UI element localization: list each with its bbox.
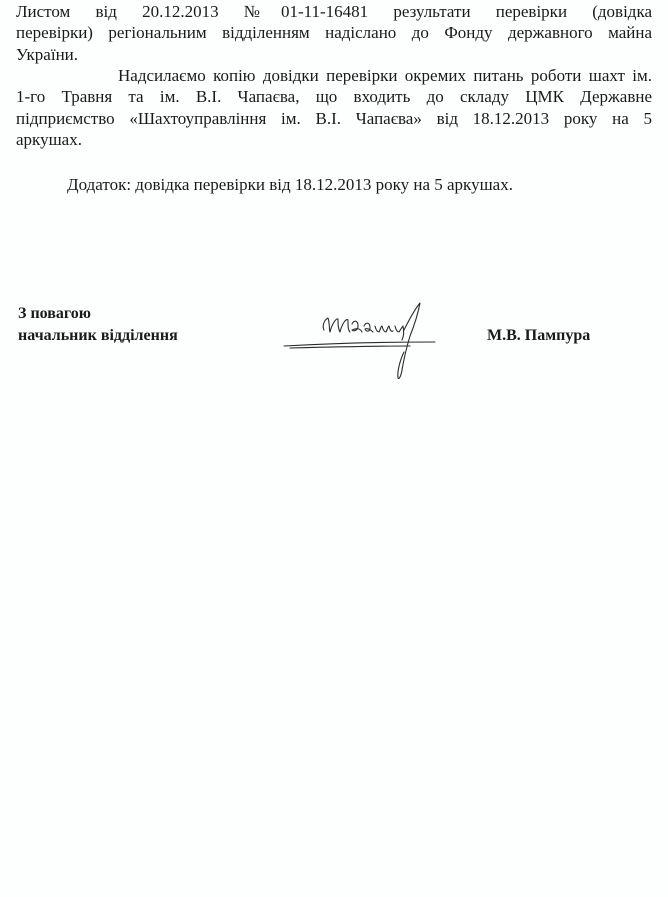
signer-name: М.В. Пампура bbox=[487, 325, 590, 347]
closing-block: З повагою начальник відділення bbox=[18, 303, 178, 347]
text-line: Надсилаємо копію довідки перевірки окрем… bbox=[16, 65, 652, 86]
signer-position: начальник відділення bbox=[18, 325, 178, 347]
closing-salutation: З повагою bbox=[18, 303, 178, 325]
text-line: підприємство «Шахтоуправління ім. В.І. Ч… bbox=[16, 108, 652, 129]
paragraph-attachment: Додаток: довідка перевірки від 18.12.201… bbox=[67, 174, 652, 195]
paragraph-letter-reference: Листом від 20.12.2013 №01-11-16481 резул… bbox=[16, 1, 652, 65]
text-line: Листом від 20.12.2013 №01-11-16481 резул… bbox=[16, 1, 652, 22]
text-line: перевірки) регіональним відділенням наді… bbox=[16, 22, 652, 43]
signature-icon bbox=[280, 300, 450, 385]
document-page: Листом від 20.12.2013 №01-11-16481 резул… bbox=[0, 0, 668, 897]
text-line: України. bbox=[16, 44, 652, 65]
text-line: 1-го Травня та ім. В.І. Чапаєва, що вход… bbox=[16, 86, 652, 107]
text-line: Додаток: довідка перевірки від 18.12.201… bbox=[67, 174, 652, 195]
paragraph-enclosure-note: Надсилаємо копію довідки перевірки окрем… bbox=[16, 65, 652, 150]
text-line: аркушах. bbox=[16, 129, 652, 150]
